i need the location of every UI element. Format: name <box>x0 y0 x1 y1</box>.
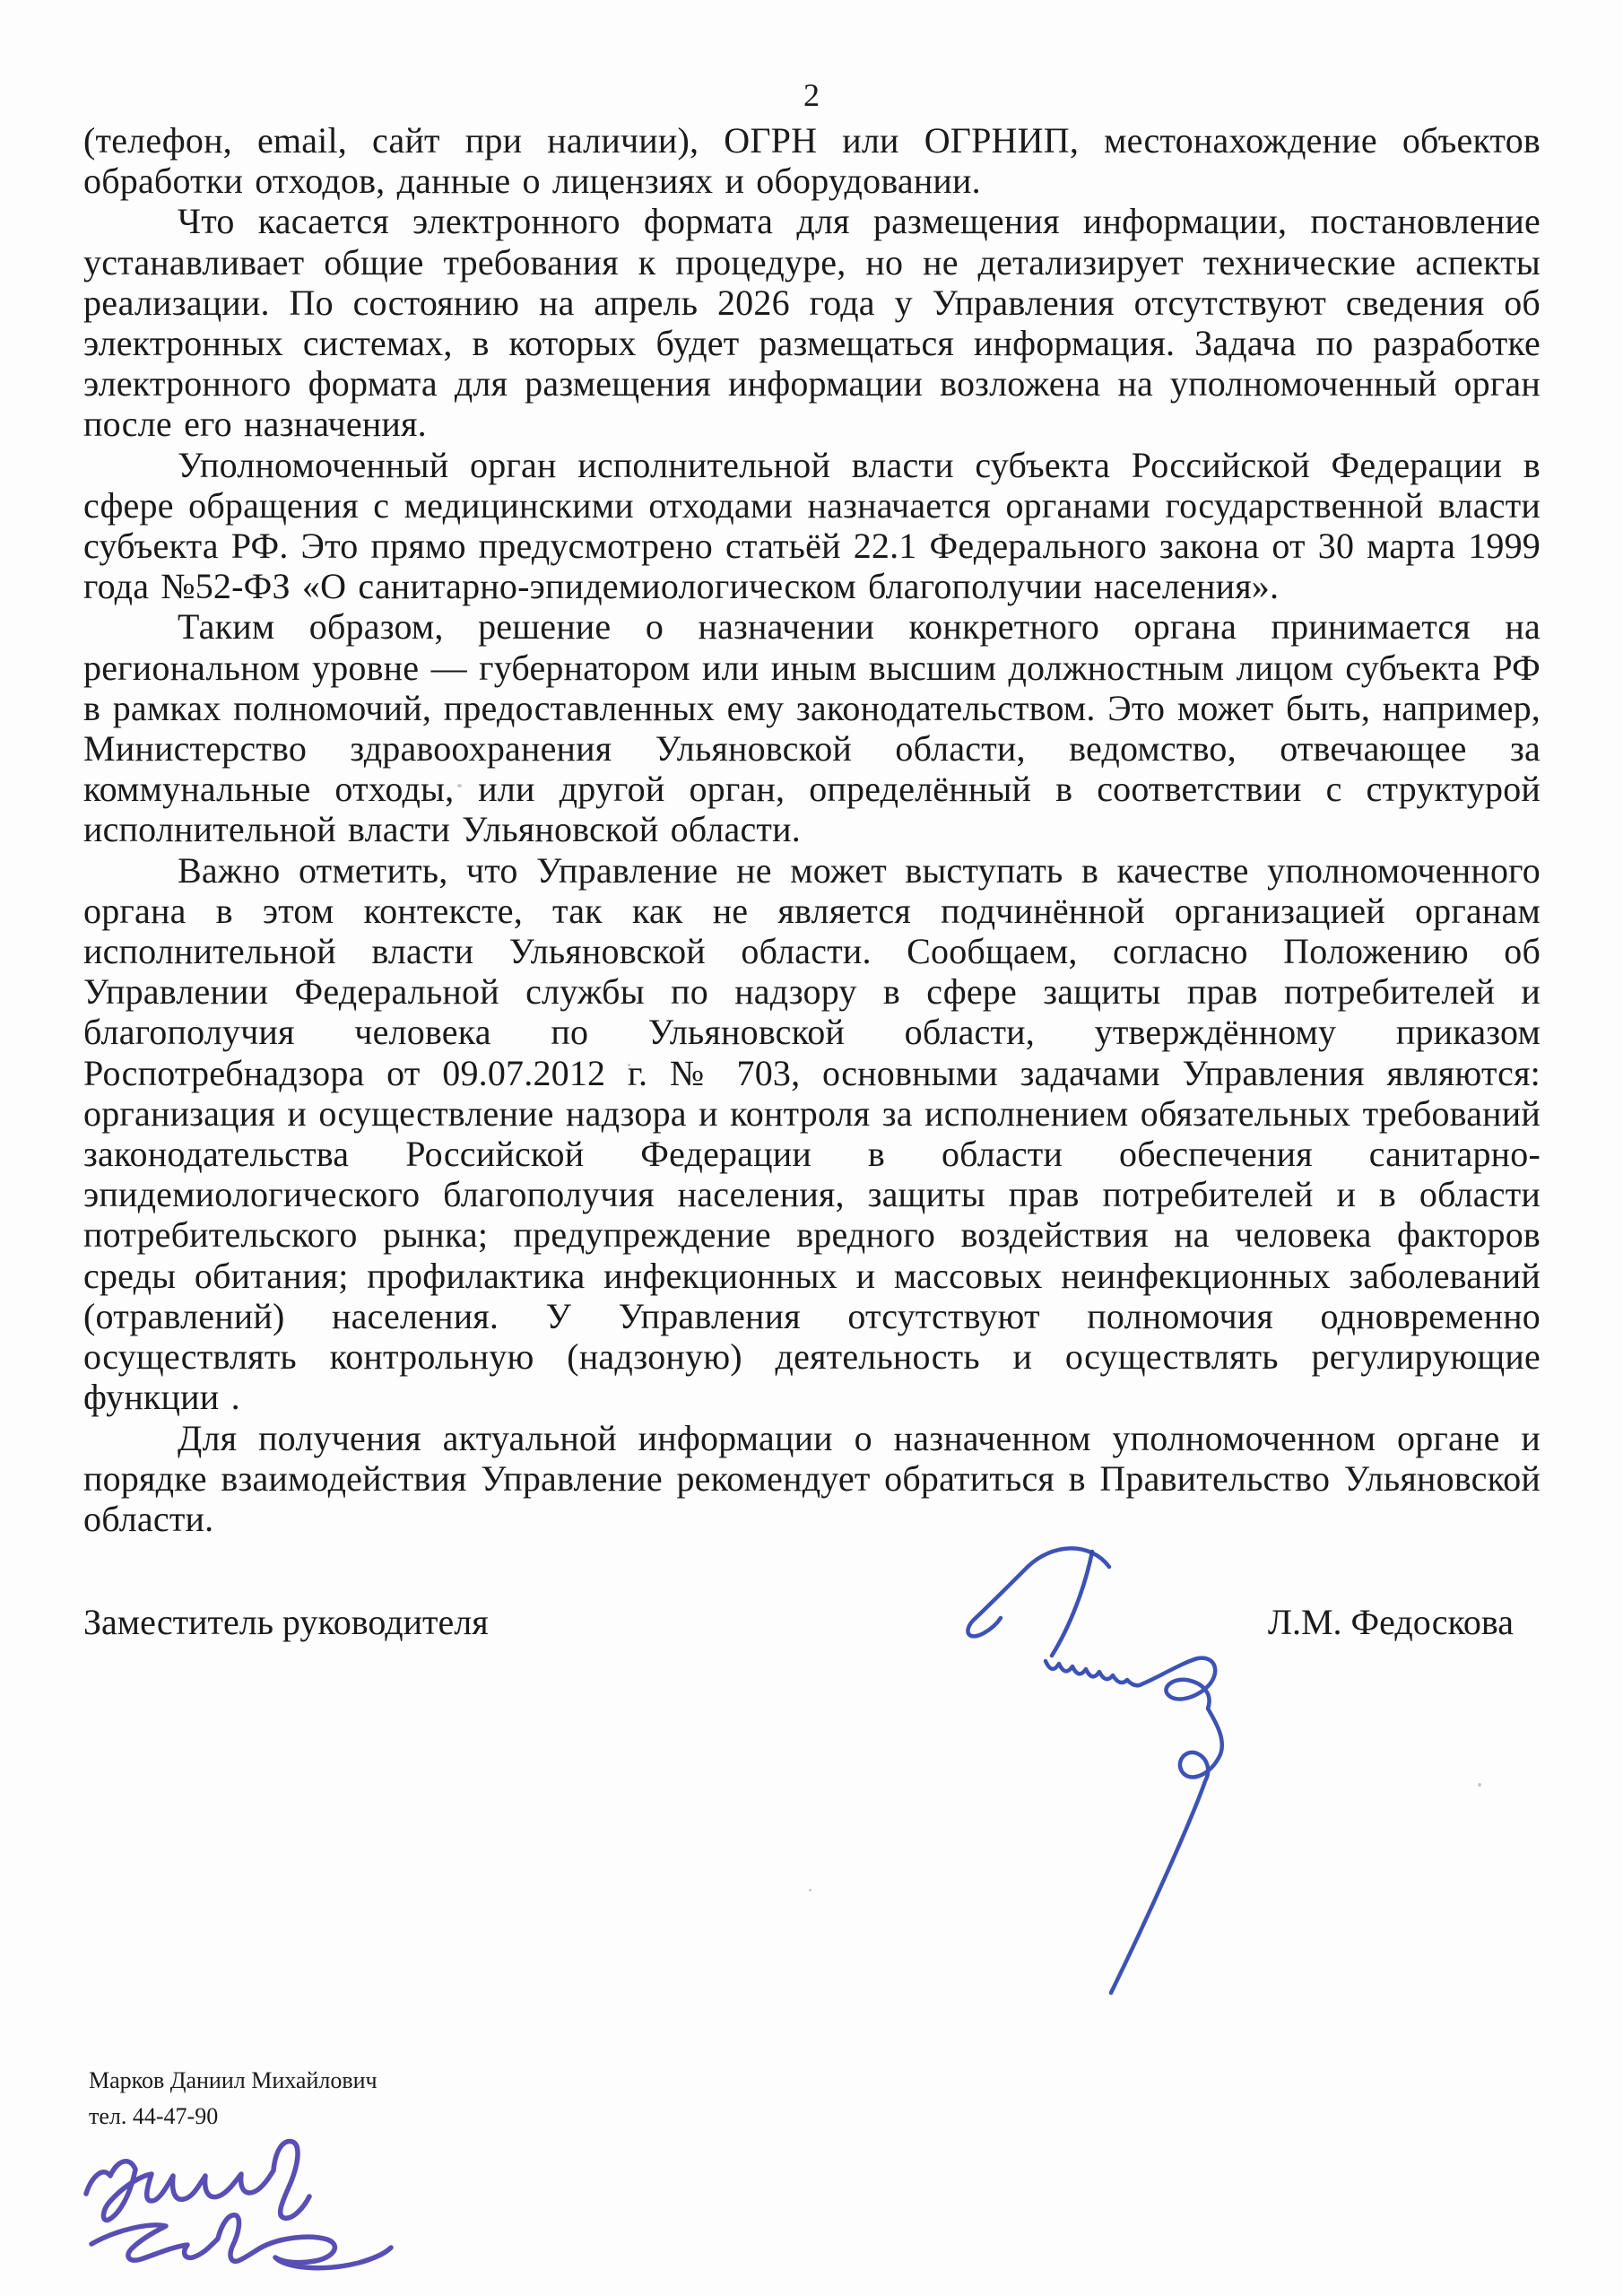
letter-body: (телефон, email, сайт при наличии), ОГРН… <box>83 120 1541 1539</box>
paragraph: Уполномоченный орган исполнительной влас… <box>83 445 1541 607</box>
executor-block: Марков Даниил Михайлович тел. 44-47-90 <box>89 2063 378 2135</box>
scan-speckle <box>457 784 462 787</box>
executor-phone: тел. 44-47-90 <box>89 2099 378 2135</box>
paragraph: Что касается электронного формата для ра… <box>83 201 1541 444</box>
approver-signature-ink <box>933 1518 1273 2002</box>
executor-signature-ink <box>72 2136 430 2284</box>
scan-speckle <box>628 1064 630 1066</box>
scan-speckle <box>1478 1783 1481 1787</box>
paragraph: Для получения актуальной информации о на… <box>83 1418 1541 1540</box>
signoff-row: Заместитель руководителя Л.М. Федоскова <box>83 1602 1541 1642</box>
paragraph: Важно отметить, что Управление не может … <box>83 850 1541 1418</box>
paragraph: Таким образом, решение о назначении конк… <box>83 606 1541 849</box>
scanned-letter-page: 2 (телефон, email, сайт при наличии), ОГ… <box>0 0 1623 2296</box>
paragraph: (телефон, email, сайт при наличии), ОГРН… <box>83 120 1541 201</box>
scan-speckle <box>809 1889 811 1892</box>
signer-name: Л.М. Федоскова <box>1268 1602 1541 1642</box>
signer-title: Заместитель руководителя <box>83 1602 489 1642</box>
executor-name: Марков Даниил Михайлович <box>89 2063 378 2099</box>
page-number: 2 <box>0 75 1623 116</box>
